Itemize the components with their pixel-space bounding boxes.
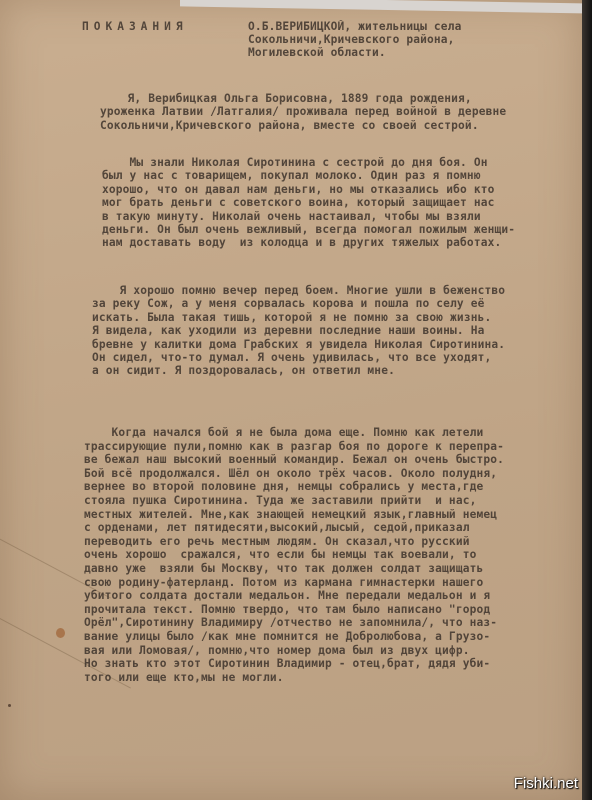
watermark: Fishki.net xyxy=(514,775,578,792)
paragraph-battle: Когда начался бой я не была дома еще. По… xyxy=(84,426,504,684)
paragraph-intro: Я, Верибицкая Ольга Борисовна, 1889 года… xyxy=(100,92,506,132)
witness-region-line: Могилевской области. xyxy=(248,46,386,59)
witness-info: О.Б.ВЕРИБИЦКОЙ, жительницы села Сокольни… xyxy=(248,20,461,59)
paragraph-evening-before-battle: Я хорошо помню вечер перед боем. Многие … xyxy=(92,284,505,378)
paragraph-acquaintance: Мы знали Николая Сиротинина с сестрой до… xyxy=(102,156,515,250)
witness-village-line: Сокольничи,Кричевского района, xyxy=(248,33,455,46)
stain-mark xyxy=(8,704,11,707)
document-title: ПОКАЗАНИЯ xyxy=(82,20,188,33)
stain-mark xyxy=(56,628,65,638)
paper-top-edge xyxy=(180,0,582,14)
witness-name-line: О.Б.ВЕРИБИЦКОЙ, жительницы села xyxy=(248,20,461,33)
scan-border xyxy=(582,0,592,800)
document-page: ПОКАЗАНИЯ О.Б.ВЕРИБИЦКОЙ, жительницы сел… xyxy=(0,0,582,800)
